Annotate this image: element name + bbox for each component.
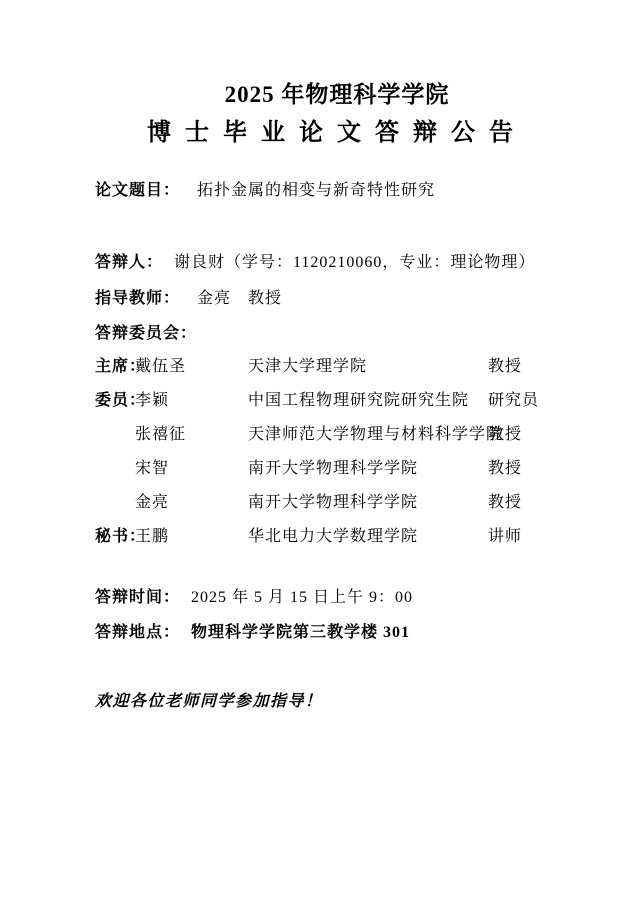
committee-row: 秘书： 王鹏 华北电力大学数理学院 讲师	[95, 525, 579, 549]
document-title-line2: 博士毕业论文答辩公告	[95, 116, 579, 150]
committee-header: 答辩委员会：	[95, 322, 579, 346]
committee-name: 宋智	[135, 457, 248, 481]
committee-row: 主席： 戴伍圣 天津大学理学院 教授	[95, 355, 579, 379]
committee-role	[95, 457, 135, 481]
committee-institution: 中国工程物理研究院研究生院	[248, 389, 488, 413]
committee-row: 宋智 南开大学物理科学学院 教授	[95, 457, 579, 481]
committee-title: 教授	[488, 457, 522, 481]
committee-title: 教授	[488, 423, 522, 447]
document-page: 2025 年物理科学学院 博士毕业论文答辩公告 论文题目： 拓扑金属的相变与新奇…	[0, 0, 639, 904]
defense-location-value: 物理科学学院第三教学楼 301	[191, 624, 410, 641]
defense-time-label: 答辩时间：	[95, 589, 180, 606]
supervisor-line: 指导教师： 金亮 教授	[95, 287, 579, 311]
candidate-value: 谢良财（学号：1120210060，专业：理论物理）	[174, 254, 535, 271]
committee-institution: 华北电力大学数理学院	[248, 525, 488, 549]
committee-name: 金亮	[135, 491, 248, 515]
committee-name: 戴伍圣	[135, 355, 248, 379]
welcome-line: 欢迎各位老师同学参加指导！	[95, 690, 579, 714]
committee-row: 金亮 南开大学物理科学学院 教授	[95, 491, 579, 515]
supervisor-label: 指导教师：	[95, 290, 180, 307]
committee-institution: 南开大学物理科学学院	[248, 491, 488, 515]
committee-role: 秘书：	[95, 525, 135, 549]
committee-institution: 南开大学物理科学学院	[248, 457, 488, 481]
document-title-line1: 2025 年物理科学学院	[95, 80, 579, 110]
thesis-title-value: 拓扑金属的相变与新奇特性研究	[197, 182, 435, 199]
committee-role: 主席：	[95, 355, 135, 379]
defense-location-label: 答辩地点：	[95, 624, 180, 641]
supervisor-value: 金亮 教授	[197, 290, 282, 307]
committee-row: 委员： 李颖 中国工程物理研究院研究生院 研究员	[95, 389, 579, 413]
committee-institution: 天津大学理学院	[248, 355, 488, 379]
committee-role	[95, 491, 135, 515]
committee-name: 张禧征	[135, 423, 248, 447]
thesis-title-label: 论文题目：	[95, 182, 180, 199]
candidate-line: 答辩人： 谢良财（学号：1120210060，专业：理论物理）	[95, 251, 579, 275]
defense-location-line: 答辩地点： 物理科学学院第三教学楼 301	[95, 621, 579, 645]
committee-name: 王鹏	[135, 525, 248, 549]
committee-role: 委员：	[95, 389, 135, 413]
committee-role	[95, 423, 135, 447]
committee-name: 李颖	[135, 389, 248, 413]
committee-title: 研究员	[488, 389, 539, 413]
candidate-label: 答辩人：	[95, 254, 163, 271]
defense-time-line: 答辩时间： 2025 年 5 月 15 日上午 9：00	[95, 586, 579, 610]
committee-title: 讲师	[488, 525, 522, 549]
committee-row: 张禧征 天津师范大学物理与材料科学学院 教授	[95, 423, 579, 447]
thesis-title-line: 论文题目： 拓扑金属的相变与新奇特性研究	[95, 179, 579, 203]
committee-title: 教授	[488, 355, 522, 379]
committee-institution: 天津师范大学物理与材料科学学院	[248, 423, 488, 447]
committee-title: 教授	[488, 491, 522, 515]
defense-time-value: 2025 年 5 月 15 日上午 9：00	[191, 589, 413, 606]
